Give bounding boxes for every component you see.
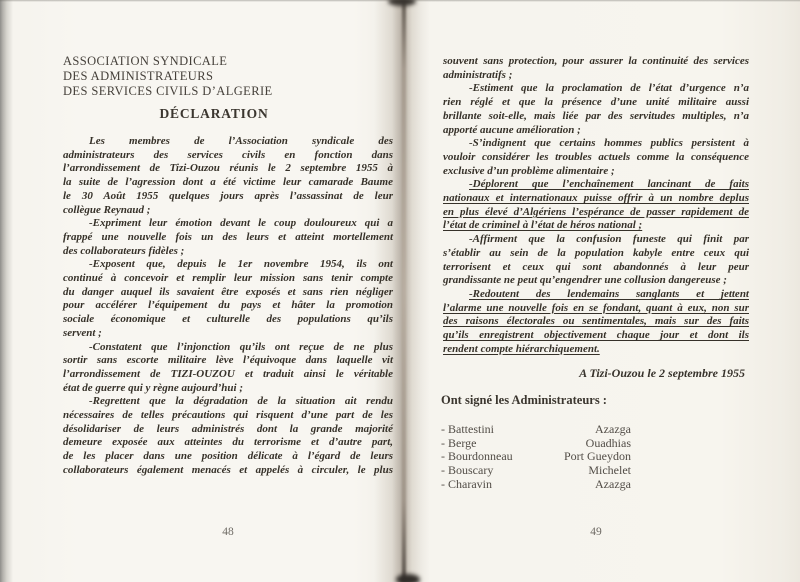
binding-shadow-bottom	[396, 574, 420, 582]
text-line: rendent compte hiérarchiquement.	[443, 343, 749, 357]
signatory-row: - BergeOuadhias	[441, 437, 631, 451]
signatory-place: Azazga	[595, 423, 631, 437]
text-line: collaborateurs également menacés et appe…	[63, 464, 393, 478]
text-line: -Déplorent que l’enchaînement lancinant …	[443, 178, 749, 192]
signatory-name: - Berge	[441, 437, 476, 451]
text-line: ASSOCIATION SYNDICALE	[63, 54, 393, 69]
text-line: vouloir considérer les troubles actuels …	[443, 151, 749, 165]
left-page-number: 48	[63, 526, 393, 538]
text-line: collègue Reynaud ;	[63, 204, 393, 218]
text-line: brillante soit-elle, mais liée par des s…	[443, 110, 749, 124]
text-line: désolidariser de leurs administrés dont …	[63, 423, 393, 437]
text-line: des raisons électorales ou sentimentales…	[443, 315, 749, 329]
text-line: terrorisent et ceux qui sont abandonnés …	[443, 261, 749, 275]
text-line: administrateurs des services civils en f…	[63, 149, 393, 163]
signatory-name: - Bouscary	[441, 464, 493, 478]
text-line: -Estiment que la proclamation de l’état …	[443, 82, 749, 96]
signatory-name: - Charavin	[441, 478, 492, 492]
signatory-row: - BouscaryMichelet	[441, 464, 631, 478]
text-line: -Affirment que la confusion funeste qui …	[443, 233, 749, 247]
signatory-name: - Bourdonneau	[441, 450, 513, 464]
text-line: continué à concevoir et remplir leur mis…	[63, 272, 393, 286]
text-line: DES ADMINISTRATEURS	[63, 69, 393, 84]
text-line: l’état de criminel à l’état de héros nat…	[443, 219, 749, 233]
text-line: demeure exposée aux atteintes du terrori…	[63, 436, 393, 450]
left-page-body-text: Les membres de l’Association syndicale d…	[63, 135, 393, 478]
text-line: état de guerre qui y règne aujourd’hui ;	[63, 382, 393, 396]
text-line: administratifs ;	[443, 69, 749, 83]
text-line: nationaux et internationaux puisse offri…	[443, 192, 749, 206]
text-line: -Redoutent des lendemains sanglants et j…	[443, 288, 749, 302]
text-line: DES SERVICES CIVILS D’ALGERIE	[63, 84, 393, 99]
text-line: rien réglé et que la présence d’une unit…	[443, 96, 749, 110]
text-line: servent ;	[63, 327, 393, 341]
signatories-list: - BattestiniAzazga- BergeOuadhias- Bourd…	[441, 423, 631, 492]
text-line: le 30 Août 1955 quelques jours après l’a…	[63, 190, 393, 204]
text-line: qu’ils enregistrent objectivement chaque…	[443, 329, 749, 343]
text-line: l’arrondissement de Tizi-Ouzou réunis le…	[63, 162, 393, 176]
signatory-row: - CharavinAzazga	[441, 478, 631, 492]
text-line: l’arrondissement de TIZI-OUZOU et tradui…	[63, 368, 393, 382]
document-title: DÉCLARATION	[63, 106, 365, 122]
signatory-row: - BattestiniAzazga	[441, 423, 631, 437]
right-page-number: 49	[443, 526, 749, 538]
signatory-name: - Battestini	[441, 423, 494, 437]
text-line: Les membres de l’Association syndicale d…	[63, 135, 393, 149]
text-line: -Constatent que l’injonction qu’ils ont …	[63, 341, 393, 355]
text-line: l’alarme une nouvelle fois en se fondant…	[443, 302, 749, 316]
signatories-heading: Ont signé les Administrateurs :	[441, 393, 747, 408]
right-page-body-text: souvent sans protection, pour assurer la…	[443, 55, 749, 356]
signatory-row: - BourdonneauPort Gueydon	[441, 450, 631, 464]
text-line: souvent sans protection, pour assurer la…	[443, 55, 749, 69]
text-line: apporté aucune amélioration ;	[443, 124, 749, 138]
text-line: frappé une nouvelle fois un des leurs et…	[63, 231, 393, 245]
signatory-place: Port Gueydon	[564, 450, 631, 464]
text-line: sociale économique et culturelle des pop…	[63, 313, 393, 327]
text-line: -Expriment leur émotion devant le coup d…	[63, 217, 393, 231]
signatory-place: Azazga	[595, 478, 631, 492]
text-line: nécessaires de telles précautions qui ri…	[63, 409, 393, 423]
text-line: du danger auquel ils savaient être expos…	[63, 286, 393, 300]
text-line: -Regrettent que la dégradation de la sit…	[63, 395, 393, 409]
text-line: -S’indignent que certains hommes publics…	[443, 137, 749, 151]
text-line: -Exposent que, depuis le 1er novembre 19…	[63, 258, 393, 272]
text-line: des collaborateurs fidèles ;	[63, 245, 393, 259]
binding-crease	[402, 0, 406, 582]
text-line: de les placer dans une position délicate…	[63, 450, 393, 464]
text-line: la suite de l’agression dont a été victi…	[63, 176, 393, 190]
signatory-place: Ouadhias	[586, 437, 631, 451]
scan-left-edge	[0, 0, 13, 582]
text-line: s’établir au sein de la population kabyl…	[443, 247, 749, 261]
text-line: en plus élevé d’Algériens l’espérance de…	[443, 206, 749, 220]
dateline: A Tizi-Ouzou le 2 septembre 1955	[443, 366, 745, 381]
signatory-place: Michelet	[588, 464, 631, 478]
text-line: sortir sans escorte militaire lève l’équ…	[63, 354, 393, 368]
association-header: ASSOCIATION SYNDICALEDES ADMINISTRATEURS…	[63, 54, 393, 99]
text-line: grandissante ne peut qu’engendrer une co…	[443, 274, 749, 288]
text-line: exclusive d’un problème alimentaire ;	[443, 165, 749, 179]
text-line: pour accélérer l’équipement du pays et h…	[63, 299, 393, 313]
